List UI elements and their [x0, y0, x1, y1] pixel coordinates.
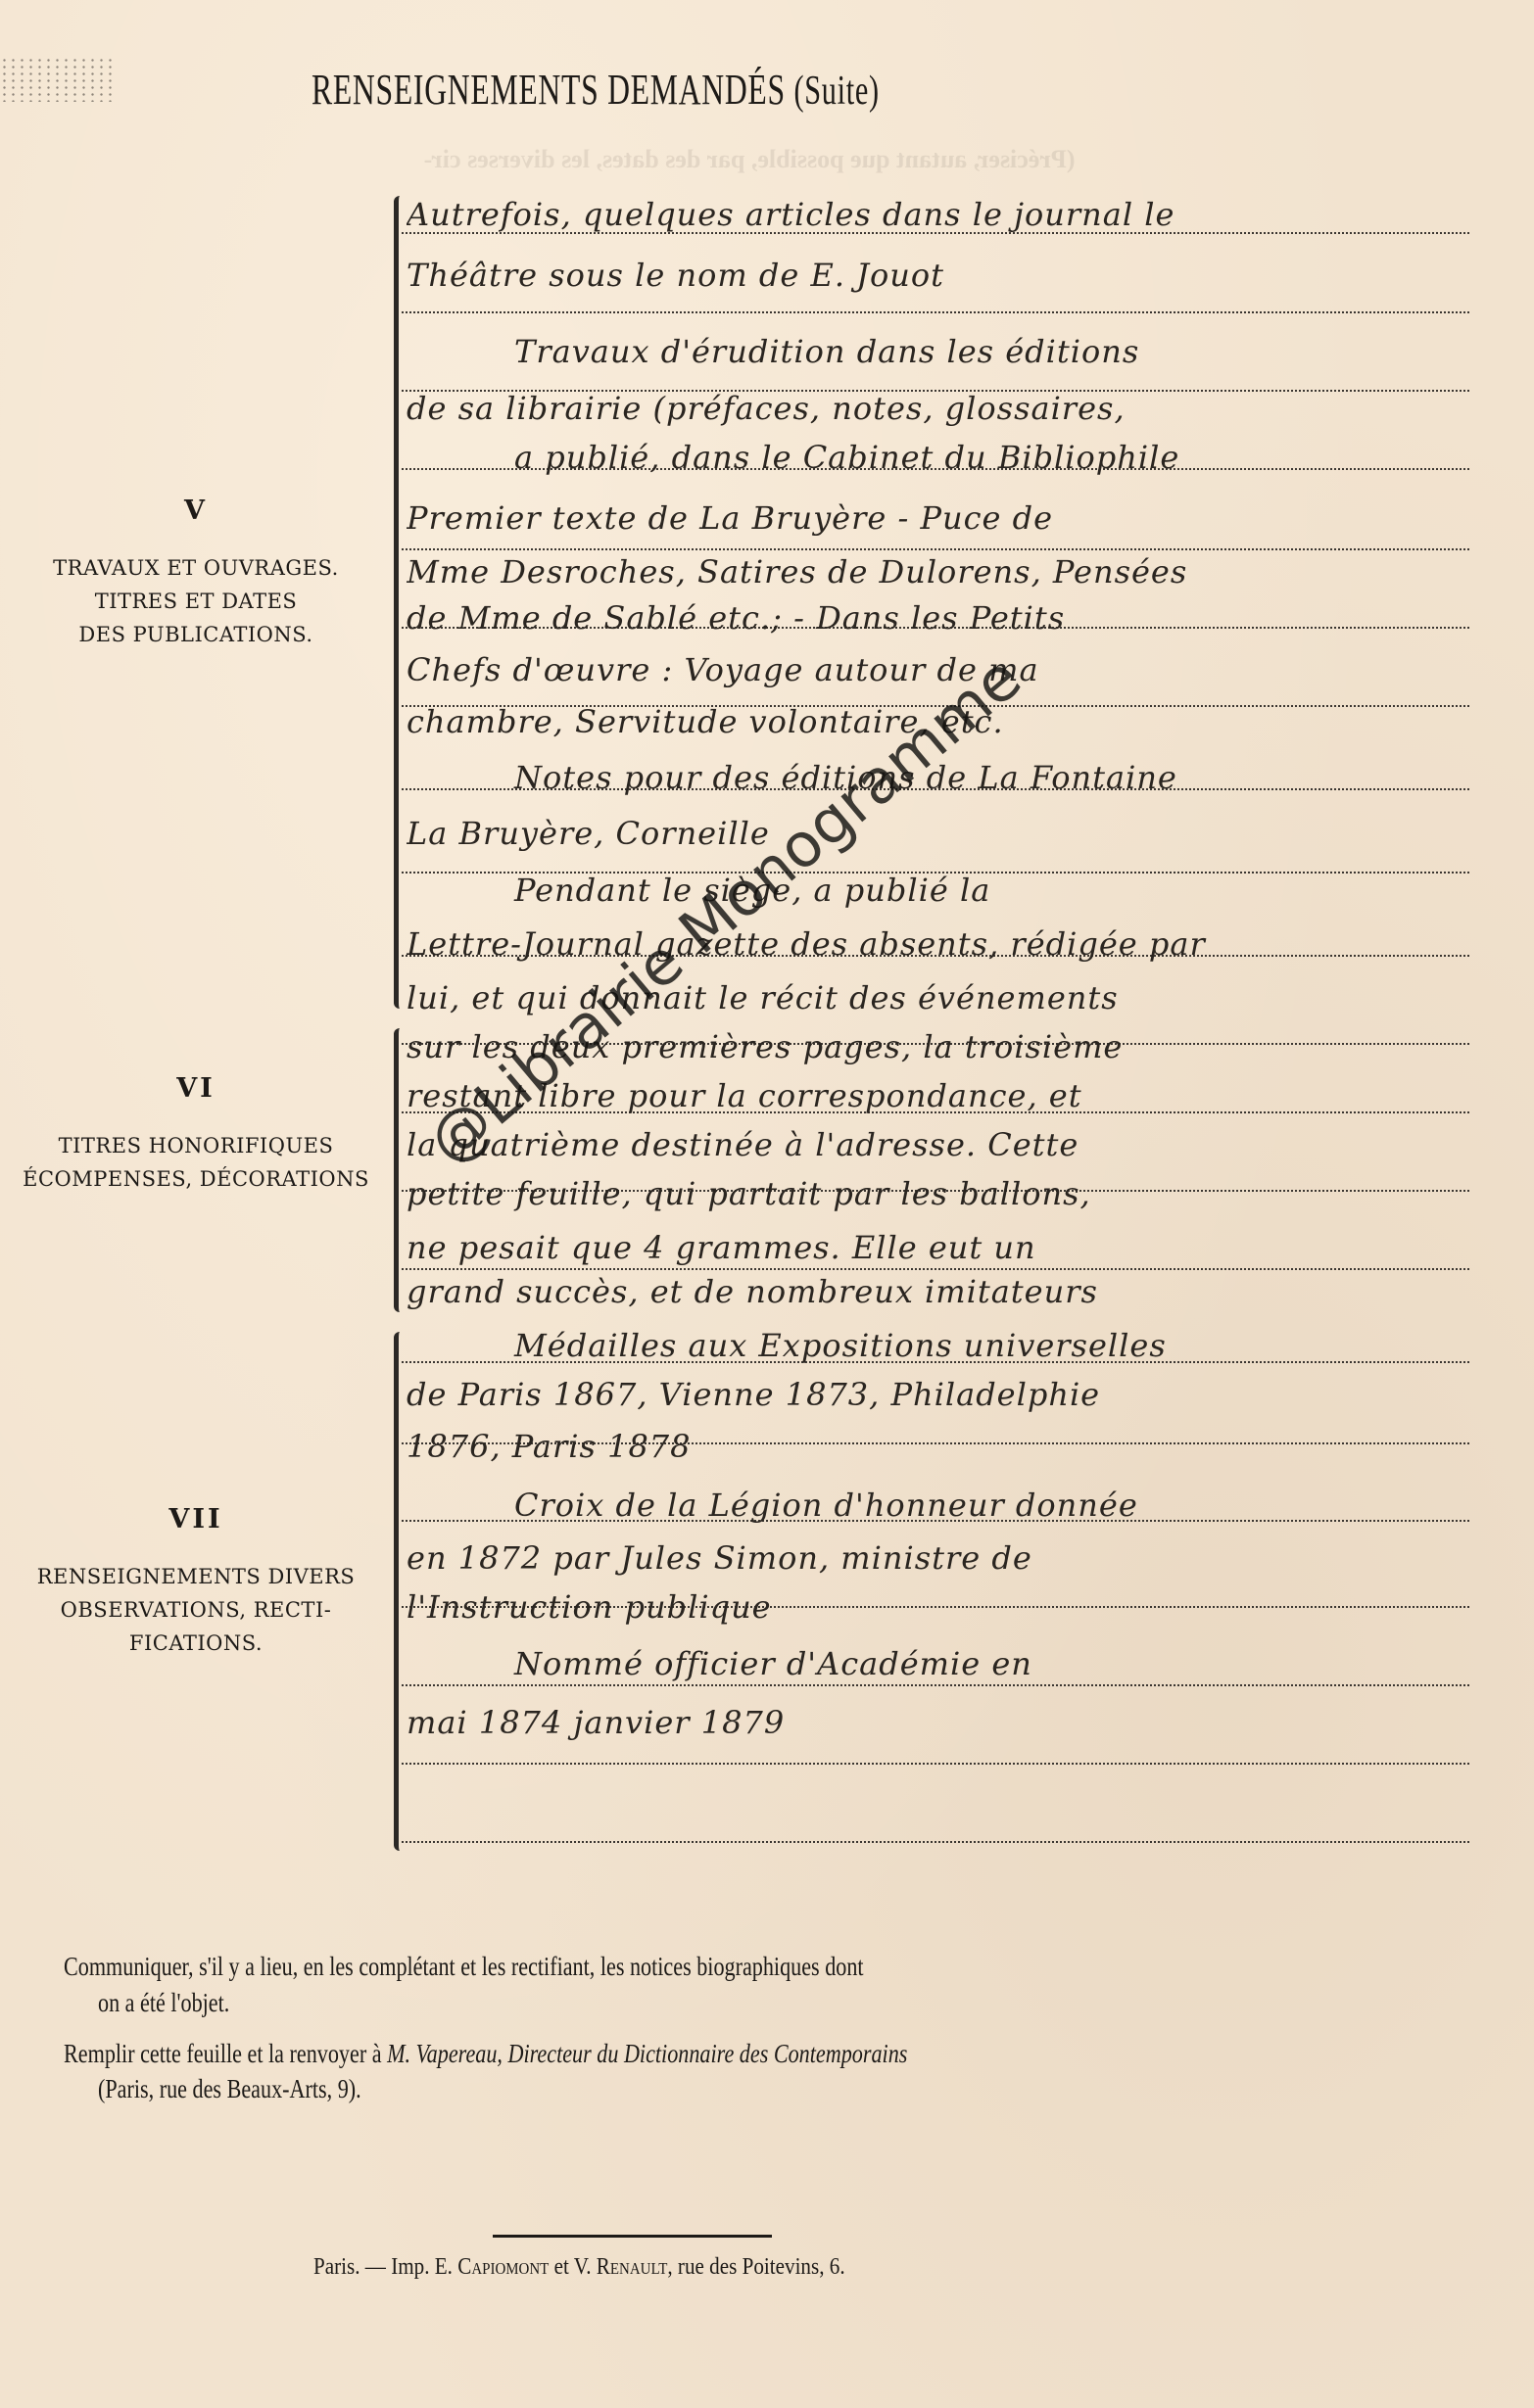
handwritten-line: Pendant le siège, a publié la — [407, 872, 1533, 909]
section-number: VII — [0, 1503, 392, 1536]
handwritten-line: Notes pour des éditions de La Fontaine — [407, 759, 1533, 796]
title-text: RENSEIGNEMENTS DEMANDÉS — [312, 66, 786, 114]
label-line: DES PUBLICATIONS. — [0, 618, 392, 651]
page-title: RENSEIGNEMENTS DEMANDÉS (Suite) — [312, 65, 880, 115]
handwritten-line: de sa librairie (préfaces, notes, glossa… — [407, 390, 1533, 427]
writing-line — [402, 1841, 1469, 1843]
note-text: Remplir cette feuille et la renvoyer à — [64, 2039, 387, 2068]
ink-stamp — [0, 57, 113, 102]
handwritten-line: Nommé officier d'Académie en — [407, 1645, 1533, 1682]
handwritten-line: Autrefois, quelques articles dans le jou… — [407, 196, 1533, 233]
handwritten-line: La Bruyère, Corneille — [407, 815, 1533, 852]
label-line: TRAVAUX ET OUVRAGES. — [0, 551, 392, 585]
writing-line — [402, 311, 1469, 313]
handwritten-line: Croix de la Légion d'honneur donnée — [407, 1487, 1533, 1524]
imprint-printer-1: Capiomont — [457, 2254, 549, 2280]
title-suffix: (Suite) — [793, 69, 879, 114]
imprint-text: , rue des Poitevins, 6. — [667, 2254, 844, 2280]
label-line: OBSERVATIONS, RECTI- — [0, 1593, 392, 1627]
writing-line — [402, 548, 1469, 550]
writing-line — [402, 1684, 1469, 1686]
handwritten-line: en 1872 par Jules Simon, ministre de — [407, 1539, 1533, 1577]
handwritten-line: grand succès, et de nombreux imitateurs — [407, 1273, 1533, 1310]
label-line: TITRES ET DATES — [0, 585, 392, 618]
note-emphasis: M. Vapereau, Directeur du Dictionnaire d… — [387, 2039, 907, 2068]
handwritten-line: mai 1874 janvier 1879 — [407, 1704, 1533, 1741]
imprint-printer-2: Renault — [597, 2254, 668, 2280]
writing-line — [402, 1268, 1469, 1270]
handwritten-line: Médailles aux Expositions universelles — [407, 1327, 1533, 1364]
section-number: V — [0, 495, 392, 528]
handwritten-line: ne pesait que 4 grammes. Elle eut un — [407, 1229, 1533, 1266]
handwritten-line: l'Instruction publique — [407, 1588, 1533, 1626]
handwritten-line: a publié, dans le Cabinet du Bibliophile — [407, 439, 1533, 476]
footer-note-1-cont: on a été l'objet. — [98, 1988, 229, 2018]
section-vii-label: VII RENSEIGNEMENTS DIVERS OBSERVATIONS, … — [0, 1503, 392, 1660]
handwritten-line: Travaux d'érudition dans les éditions — [407, 333, 1533, 370]
imprint-text: et V. — [549, 2254, 597, 2280]
handwritten-line: Premier texte de La Bruyère - Puce de — [407, 499, 1533, 537]
label-line: RENSEIGNEMENTS DIVERS — [0, 1560, 392, 1593]
writing-line — [402, 1763, 1469, 1765]
note-text: Communiquer, s'il y a lieu, en les compl… — [64, 1952, 864, 1981]
handwritten-line: Mme Desroches, Satires de Dulorens, Pens… — [407, 553, 1533, 590]
handwritten-line: la quatrième destinée à l'adresse. Cette — [407, 1126, 1533, 1163]
label-line: FICATIONS. — [0, 1627, 392, 1660]
footer-note-1: Communiquer, s'il y a lieu, en les compl… — [64, 1952, 864, 1982]
printer-imprint: Paris. — Imp. E. Capiomont et V. Renault… — [313, 2254, 845, 2281]
imprint-divider — [493, 2235, 772, 2238]
handwritten-line: Lettre-Journal gazette des absents, rédi… — [407, 925, 1533, 963]
handwritten-line: petite feuille, qui partait par les ball… — [407, 1175, 1533, 1212]
imprint-text: Paris. — Imp. E. — [313, 2254, 457, 2280]
label-line: ÉCOMPENSES, DÉCORATIONS — [0, 1162, 392, 1196]
note-text: on a été l'objet. — [98, 1988, 229, 2017]
footer-note-2-cont: (Paris, rue des Beaux-Arts, 9). — [98, 2074, 361, 2104]
section-v-label: V TRAVAUX ET OUVRAGES. TITRES ET DATES D… — [0, 495, 392, 651]
note-text: (Paris, rue des Beaux-Arts, 9). — [98, 2074, 361, 2103]
handwritten-line: restant libre pour la correspondance, et — [407, 1077, 1533, 1114]
handwritten-line: Théâtre sous le nom de E. Jouot — [407, 257, 1533, 294]
handwritten-line: de Paris 1867, Vienne 1873, Philadelphie — [407, 1376, 1533, 1413]
handwritten-line: de Mme de Sablé etc.; - Dans les Petits — [407, 599, 1533, 637]
handwritten-line: 1876, Paris 1878 — [407, 1428, 1533, 1465]
show-through-text: (Préciser, autant que possible, par des … — [176, 145, 1322, 174]
section-number: VI — [0, 1072, 392, 1106]
footer-note-2: Remplir cette feuille et la renvoyer à M… — [64, 2039, 907, 2069]
label-line: TITRES HONORIFIQUES — [0, 1129, 392, 1162]
section-vi-label: VI TITRES HONORIFIQUES ÉCOMPENSES, DÉCOR… — [0, 1072, 392, 1196]
